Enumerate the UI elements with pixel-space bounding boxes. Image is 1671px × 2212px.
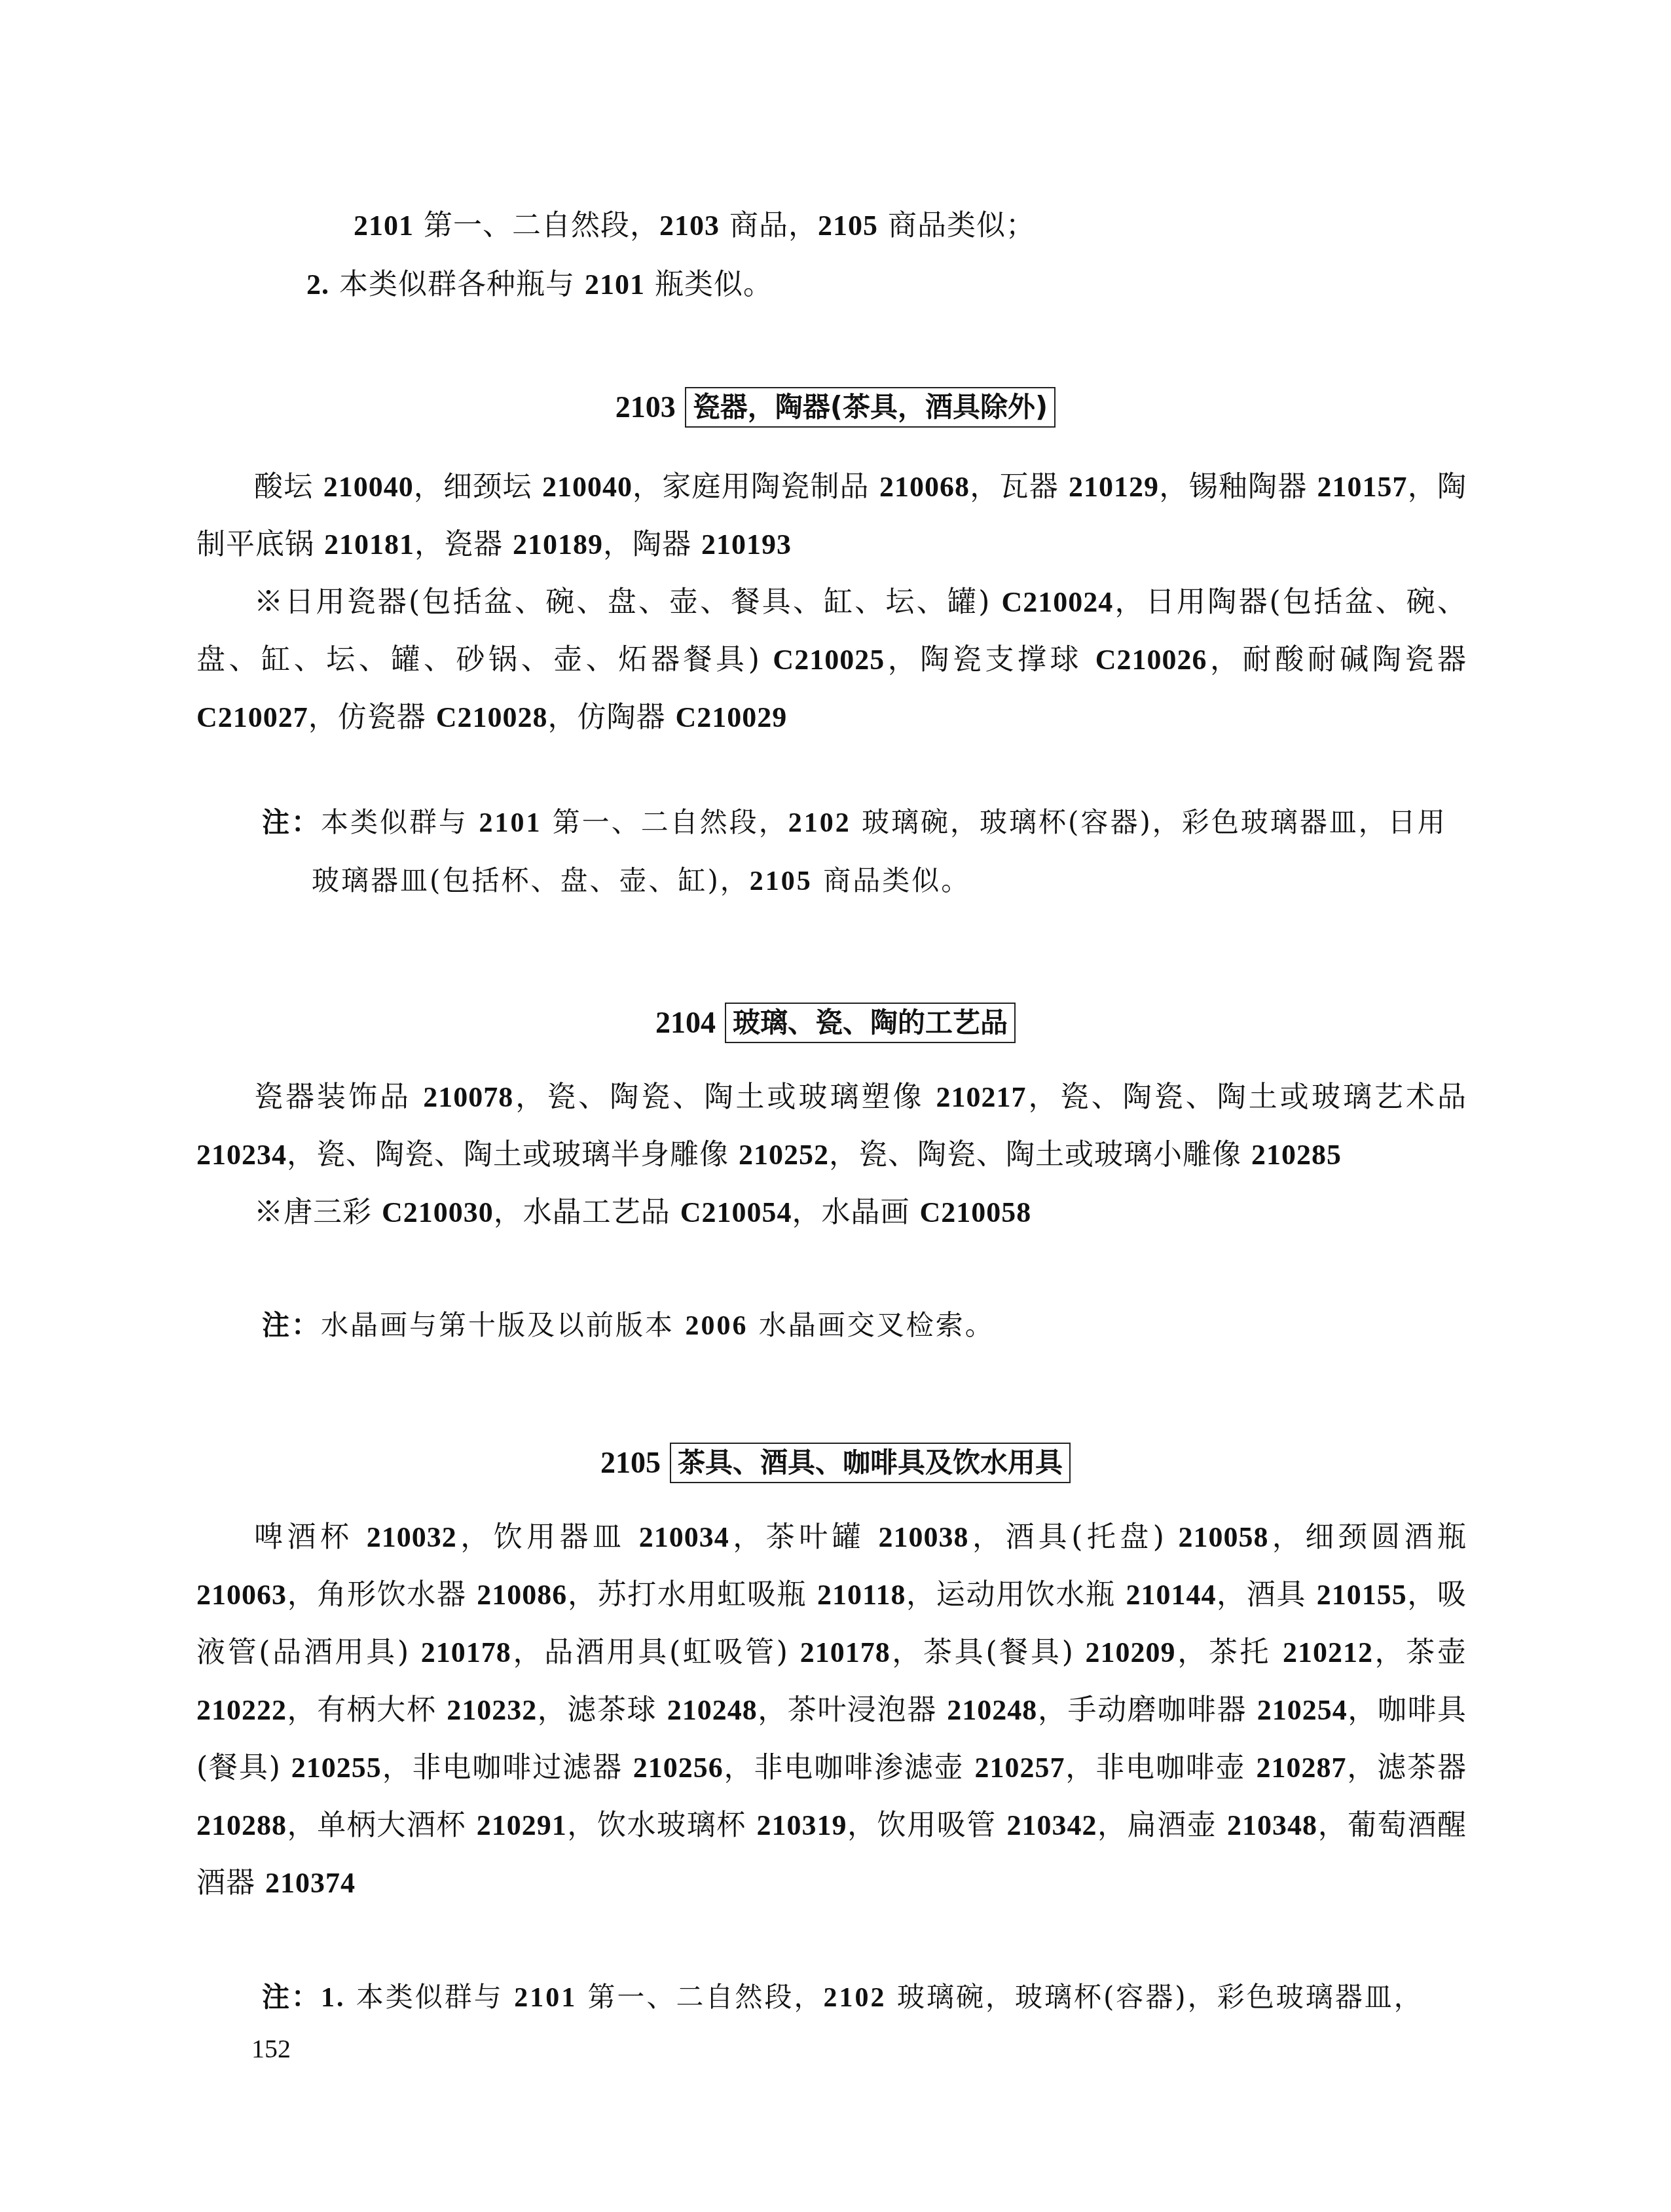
- list-item: 陶器 210193: [633, 528, 792, 561]
- page-number: 152: [251, 2033, 291, 2064]
- list-item: 瓷器 210189: [444, 528, 603, 561]
- list-item: ※唐三彩 C210030: [254, 1196, 494, 1229]
- carryover-line-2: 2. 本类似群各种瓶与 2101 瓶类似。: [306, 255, 1467, 314]
- list-item: 角形饮水器 210086: [317, 1578, 567, 1612]
- section-2103-items: 酸坛 210040，细颈坛 210040，家庭用陶瓷制品 210068，瓦器 2…: [196, 458, 1467, 747]
- item-list: 酸坛 210040，细颈坛 210040，家庭用陶瓷制品 210068，瓦器 2…: [196, 458, 1467, 574]
- c-item-list: ※日用瓷器(包括盆、碗、盘、壶、餐具、缸、坛、罐) C210024，日用陶器(包…: [196, 574, 1467, 747]
- section-title: 茶具、酒具、咖啡具及饮水用具: [670, 1443, 1071, 1483]
- list-item: 水晶工艺品 C210054: [523, 1196, 792, 1229]
- item-list: 啤酒杯 210032，饮用器皿 210034，茶叶罐 210038，酒具(托盘)…: [196, 1509, 1467, 1912]
- list-item: 茶托 210212: [1209, 1636, 1373, 1669]
- list-item: 品酒用具(虹吸管) 210178: [544, 1636, 891, 1669]
- list-item: 酒具 210155: [1247, 1578, 1407, 1612]
- c-item-list: ※唐三彩 C210030，水晶工艺品 C210054，水晶画 C210058: [196, 1184, 1467, 1242]
- list-item: 仿瓷器 C210028: [338, 701, 548, 734]
- list-item: 陶瓷支撑球 C210026: [920, 643, 1207, 676]
- note-label: 注：: [262, 1309, 321, 1341]
- note-text: 1. 本类似群与 2101 第一、二自然段，2102 玻璃碗，玻璃杯(容器)，彩…: [321, 1981, 1423, 2013]
- list-item: 饮水玻璃杯 210319: [597, 1809, 847, 1842]
- list-item: 酸坛 210040: [254, 470, 414, 504]
- section-2105-items: 啤酒杯 210032，饮用器皿 210034，茶叶罐 210038，酒具(托盘)…: [196, 1509, 1467, 1912]
- list-item: 饮用吸管 210342: [877, 1809, 1097, 1842]
- list-item: 家庭用陶瓷制品 210068: [662, 470, 970, 504]
- list-item: 非电咖啡过滤器 210256: [413, 1751, 724, 1784]
- list-item: 仿陶器 C210029: [578, 701, 788, 734]
- carryover-line-1: 2101 第一、二自然段，2103 商品，2105 商品类似；: [354, 196, 1467, 255]
- list-item: 非电咖啡渗滤壶 210257: [754, 1751, 1065, 1784]
- list-item: 细颈坛 210040: [443, 470, 633, 504]
- carryover-note: 2101 第一、二自然段，2103 商品，2105 商品类似； 2. 本类似群各…: [354, 196, 1467, 314]
- section-2104-note: 注：水晶画与第十版及以前版本 2006 水晶画交叉检索。: [262, 1297, 1467, 1355]
- list-item: 瓷、陶瓷、陶土或玻璃小雕像 210285: [858, 1138, 1342, 1171]
- section-2104-items: 瓷器装饰品 210078，瓷、陶瓷、陶土或玻璃塑像 210217，瓷、陶瓷、陶土…: [196, 1069, 1467, 1242]
- note-label: 注：: [262, 806, 321, 838]
- list-item: 瓷、陶瓷、陶土或玻璃半身雕像 210252: [316, 1138, 829, 1171]
- note-text: 本类似群与 2101 第一、二自然段，2102 玻璃碗，玻璃杯(容器)，彩色玻璃…: [321, 806, 1447, 838]
- list-item: 滤茶球 210248: [567, 1693, 757, 1727]
- section-code: 2103: [615, 390, 676, 424]
- section-heading-2105: 2105茶具、酒具、咖啡具及饮水用具: [0, 1441, 1671, 1483]
- list-item: 手动磨咖啡器 210254: [1068, 1693, 1348, 1727]
- list-item: 苏打水用虹吸瓶 210118: [598, 1578, 906, 1612]
- section-heading-2104: 2104玻璃、瓷、陶的工艺品: [0, 1001, 1671, 1043]
- section-2105-note: 注：1. 本类似群与 2101 第一、二自然段，2102 玻璃碗，玻璃杯(容器)…: [262, 1968, 1467, 2027]
- list-item: 瓷器装饰品 210078: [254, 1080, 513, 1114]
- list-item: 酒具(托盘) 210058: [1005, 1521, 1268, 1554]
- list-item: 运动用饮水瓶 210144: [936, 1578, 1217, 1612]
- item-list: 瓷器装饰品 210078，瓷、陶瓷、陶土或玻璃塑像 210217，瓷、陶瓷、陶土…: [196, 1069, 1467, 1184]
- list-item: 茶叶罐 210038: [766, 1521, 969, 1554]
- section-2103-note: 注：本类似群与 2101 第一、二自然段，2102 玻璃碗，玻璃杯(容器)，彩色…: [262, 794, 1467, 910]
- list-item: 单柄大酒杯 210291: [317, 1809, 567, 1842]
- list-item: 茶具(餐具) 210209: [923, 1636, 1175, 1669]
- section-code: 2104: [655, 1006, 716, 1039]
- document-page: 2101 第一、二自然段，2103 商品，2105 商品类似； 2. 本类似群各…: [0, 0, 1671, 2212]
- list-item: 瓦器 210129: [999, 470, 1159, 504]
- section-heading-2103: 2103瓷器，陶器(茶具，酒具除外): [0, 385, 1671, 428]
- list-item: 水晶画 C210058: [822, 1196, 1032, 1229]
- section-title: 瓷器，陶器(茶具，酒具除外): [685, 387, 1056, 428]
- list-item: 茶叶浸泡器 210248: [788, 1693, 1038, 1727]
- list-item: 饮用器皿 210034: [494, 1521, 729, 1554]
- list-item: 啤酒杯 210032: [254, 1521, 457, 1554]
- note-text-continued: 玻璃器皿(包括杯、盘、壶、缸)，2105 商品类似。: [262, 852, 1467, 910]
- list-item: 扁酒壶 210348: [1128, 1809, 1317, 1842]
- note-label: 注：: [262, 1981, 321, 2013]
- list-item: 非电咖啡壶 210287: [1095, 1751, 1346, 1784]
- note-text: 水晶画与第十版及以前版本 2006 水晶画交叉检索。: [321, 1309, 995, 1341]
- section-title: 玻璃、瓷、陶的工艺品: [725, 1003, 1016, 1043]
- list-item: ※日用瓷器(包括盆、碗、盘、壶、餐具、缸、坛、罐) C210024: [254, 585, 1113, 619]
- list-item: 锡釉陶器 210157: [1189, 470, 1408, 504]
- section-code: 2105: [600, 1446, 661, 1479]
- list-item: 瓷、陶瓷、陶土或玻璃塑像 210217: [547, 1080, 1026, 1114]
- list-item: 有柄大杯 210232: [317, 1693, 537, 1727]
